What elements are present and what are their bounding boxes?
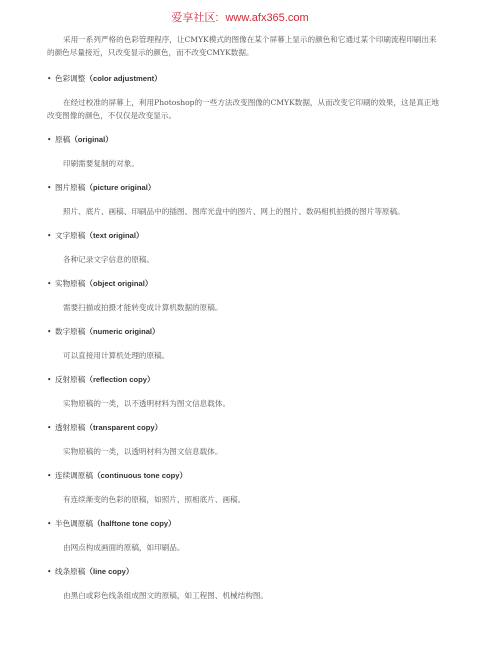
term-definition: 可以直接用计算机处理的原稿。 xyxy=(47,349,443,362)
bullet-icon: • xyxy=(47,133,55,146)
bullet-icon: • xyxy=(47,517,55,530)
bullet-icon: • xyxy=(47,277,55,290)
term-item: •数字原稿（numeric original） 可以直接用计算机处理的原稿。 xyxy=(47,325,443,362)
term-item: •图片原稿（picture original） 照片、底片、画稿、印刷品中的插图… xyxy=(47,181,443,218)
intro-paragraph: 采用一系列严格的色彩管理程序，让CMYK模式的图像在某个屏幕上显示的颜色和它通过… xyxy=(47,33,443,59)
term-definition: 各种记录文字信息的原稿。 xyxy=(47,253,443,266)
bullet-icon: • xyxy=(47,565,55,578)
bullet-icon: • xyxy=(47,229,55,242)
term-heading: •色彩调整（color adjustment） xyxy=(47,72,443,85)
term-item: •透射原稿（transparent copy） 实物原稿的一类，以透明材料为图文… xyxy=(47,421,443,458)
term-definition: 实物原稿的一类，以透明材料为图文信息载体。 xyxy=(47,445,443,458)
term-definition: 在经过校准的屏幕上，利用Photoshop的一些方法改变图像的CMYK数据，从而… xyxy=(47,96,443,122)
term-heading: •文字原稿（text original） xyxy=(47,229,443,242)
term-item: •色彩调整（color adjustment） 在经过校准的屏幕上，利用Phot… xyxy=(47,72,443,122)
term-item: •半色调原稿（halftone tone copy） 由网点构成画面的原稿，如印… xyxy=(47,517,443,554)
term-item: •反射原稿（reflection copy） 实物原稿的一类，以不透明材料为图文… xyxy=(47,373,443,410)
bullet-icon: • xyxy=(47,469,55,482)
term-definition: 由黑白或彩色线条组成图文的原稿，如工程图、机械结构图。 xyxy=(47,589,443,602)
term-heading: •图片原稿（picture original） xyxy=(47,181,443,194)
bullet-icon: • xyxy=(47,181,55,194)
term-heading: •透射原稿（transparent copy） xyxy=(47,421,443,434)
term-heading: •数字原稿（numeric original） xyxy=(47,325,443,338)
site-header: 爱享社区: www.afx365.com xyxy=(0,9,480,25)
term-item: •实物原稿（object original） 需要扫描或拍摄才能转变成计算机数据… xyxy=(47,277,443,314)
logo-icon: 爱 xyxy=(171,11,182,24)
term-definition: 需要扫描或拍摄才能转变成计算机数据的原稿。 xyxy=(47,301,443,314)
site-name: 享社区: xyxy=(182,12,218,24)
term-item: •线条原稿（line copy） 由黑白或彩色线条组成图文的原稿，如工程图、机械… xyxy=(47,565,443,602)
term-definition: 照片、底片、画稿、印刷品中的插图、图库光盘中的图片、网上的图片、数码相机拍摄的图… xyxy=(47,205,443,218)
term-definition: 有连续渐变的色彩的原稿，如照片、照相底片、画稿。 xyxy=(47,493,443,506)
document-body: 采用一系列严格的色彩管理程序，让CMYK模式的图像在某个屏幕上显示的颜色和它通过… xyxy=(47,33,443,613)
term-item: •原稿（original） 印刷需要复制的对象。 xyxy=(47,133,443,170)
term-definition: 印刷需要复制的对象。 xyxy=(47,157,443,170)
bullet-icon: • xyxy=(47,373,55,386)
bullet-icon: • xyxy=(47,421,55,434)
term-heading: •线条原稿（line copy） xyxy=(47,565,443,578)
site-url-link[interactable]: www.afx365.com xyxy=(225,12,308,24)
term-item: •连续调原稿（continuous tone copy） 有连续渐变的色彩的原稿… xyxy=(47,469,443,506)
term-heading: •反射原稿（reflection copy） xyxy=(47,373,443,386)
term-heading: •实物原稿（object original） xyxy=(47,277,443,290)
bullet-icon: • xyxy=(47,72,55,85)
term-definition: 由网点构成画面的原稿，如印刷品。 xyxy=(47,541,443,554)
term-definition: 实物原稿的一类，以不透明材料为图文信息载体。 xyxy=(47,397,443,410)
term-heading: •半色调原稿（halftone tone copy） xyxy=(47,517,443,530)
term-heading: •原稿（original） xyxy=(47,133,443,146)
term-item: •文字原稿（text original） 各种记录文字信息的原稿。 xyxy=(47,229,443,266)
bullet-icon: • xyxy=(47,325,55,338)
term-heading: •连续调原稿（continuous tone copy） xyxy=(47,469,443,482)
